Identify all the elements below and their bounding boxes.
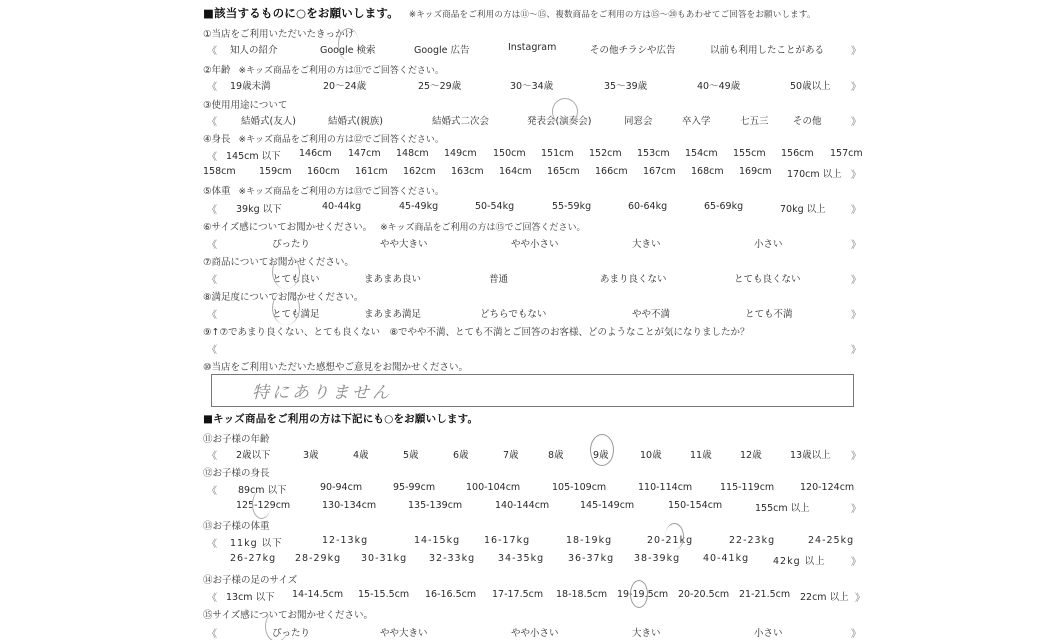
q14-option[interactable]: 14-14.5cm [292,589,343,600]
q8-option[interactable]: とても満足 [272,306,320,320]
q2-title: ②年齢 [203,65,231,76]
q11-option[interactable]: 10歳 [640,447,662,461]
close-bracket: 》 [851,553,862,568]
section-heading: ■該当するものに○をお願いします。※キッズ商品をご利用の方は⑪〜⑮、複数商品をご… [203,5,816,21]
q8-label: ⑧満足度についてお聞かせください。 [203,289,363,303]
q2-option[interactable]: 35〜39歳 [604,78,647,92]
q6-label: ⑥サイズ感についてお聞かせください。※キッズ商品をご利用の方は⑮でご回答ください… [203,219,585,233]
q2-option[interactable]: 40〜49歳 [697,78,740,92]
q13-option[interactable]: 12-13kg [322,535,368,546]
q6-title: ⑥サイズ感についてお聞かせください。 [203,222,372,233]
q4-option[interactable]: 145cm 以下 [226,148,281,162]
q4-option[interactable]: 166cm [595,166,628,177]
q6-option[interactable]: やや大きい [380,236,428,250]
open-bracket: 《 [207,148,217,163]
q10-handwritten-answer: 特にありません [252,378,392,403]
q6-option[interactable]: ぴったり [272,236,310,250]
q7-option[interactable]: とても良い [272,271,320,285]
q4-option[interactable]: 149cm [444,148,477,159]
q2-label: ②年齢※キッズ商品をご利用の方は⑪でご回答ください。 [203,62,444,76]
q5-option[interactable]: 70kg 以上 [780,201,826,215]
q4-option[interactable]: 151cm [541,148,574,159]
q15-option[interactable]: やや小さい [511,625,559,639]
q14-option[interactable]: 15-15.5cm [358,589,409,600]
kids-section-title: ■キッズ商品をご利用の方は下記にも○をお願いします。 [203,411,478,426]
q4-option[interactable]: 162cm [403,166,436,177]
q12-option[interactable]: 155cm 以上 [755,500,810,514]
q15-option[interactable]: ぴったり [272,625,310,639]
close-bracket: 》 [851,236,861,251]
q1-option[interactable]: 以前も利用したことがある [710,42,824,56]
open-bracket: 《 [207,201,217,216]
close-bracket: 》 [851,306,861,321]
close-bracket: 》 [851,625,861,640]
q13-option[interactable]: 32-33kg [429,553,475,564]
q5-option[interactable]: 60-64kg [628,201,667,212]
q4-option[interactable]: 154cm [685,148,718,159]
q4-option[interactable]: 147cm [348,148,381,159]
q6-option[interactable]: 大きい [632,236,661,250]
q4-option[interactable]: 152cm [589,148,622,159]
q8-option[interactable]: どちらでもない [480,306,546,320]
q8-option[interactable]: やや不満 [632,306,670,320]
q12-option[interactable]: 90-94cm [320,482,362,493]
q12-option[interactable]: 125-129cm [236,500,290,511]
q4-option[interactable]: 158cm [203,166,236,177]
q4-title: ④身長 [203,134,231,145]
q14-option[interactable]: 13cm 以下 [226,589,275,603]
q13-option[interactable]: 24-25kg [808,535,854,546]
q13-option[interactable]: 18-19kg [566,535,612,546]
q13-option[interactable]: 36-37kg [568,553,614,564]
q4-option[interactable]: 153cm [637,148,670,159]
close-bracket: 》 [851,113,861,128]
q4-option[interactable]: 170cm 以上 [787,166,842,180]
q2-option[interactable]: 19歳未満 [230,78,271,92]
q4-option[interactable]: 167cm [643,166,676,177]
close-bracket: 》 [851,201,861,216]
q13-option[interactable]: 30-31kg [361,553,407,564]
q11-option[interactable]: 12歳 [740,447,762,461]
q13-option[interactable]: 34-35kg [498,553,544,564]
open-bracket: 《 [207,535,218,550]
q12-label: ⑫お子様の身長 [203,465,270,479]
q7-option[interactable]: あまり良くない [600,271,667,285]
open-bracket: 《 [207,625,217,640]
close-bracket: 》 [851,500,861,515]
q1-option[interactable]: Instagram [508,42,556,53]
q6-option[interactable]: やや小さい [511,236,559,250]
q11-option[interactable]: 2歳以下 [236,447,271,461]
q7-label: ⑦商品についてお聞かせください。 [203,254,354,268]
q14-option[interactable]: 22cm 以上 [800,589,849,603]
q10-answer-box[interactable]: 特にありません [211,374,854,407]
q5-option[interactable]: 45-49kg [399,201,438,212]
q12-option[interactable]: 150-154cm [668,500,722,511]
q14-option[interactable]: 18-18.5cm [556,589,607,600]
q13-option[interactable]: 14-15kg [414,535,460,546]
q12-option[interactable]: 100-104cm [466,482,520,493]
q11-option[interactable]: 4歳 [353,447,369,461]
q11-option[interactable]: 9歳 [593,447,609,461]
section-note: ※キッズ商品をご利用の方は⑪〜⑮、複数商品をご利用の方は⑮〜⑳もあわせてご回答を… [409,10,816,20]
close-bracket: 》 [851,42,861,57]
q7-option[interactable]: 普通 [489,271,508,285]
q11-option[interactable]: 7歳 [503,447,519,461]
q13-option[interactable]: 40-41kg [703,553,749,564]
q5-option[interactable]: 40-44kg [322,201,361,212]
q4-option[interactable]: 168cm [691,166,724,177]
q4-option[interactable]: 165cm [547,166,580,177]
q14-option[interactable]: 17-17.5cm [492,589,543,600]
q8-option[interactable]: とても不満 [745,306,793,320]
q3-option[interactable]: 同窓会 [624,113,653,127]
q1-option[interactable]: その他チラシや広告 [590,42,676,56]
q5-label: ⑤体重※キッズ商品をご利用の方は⑬でご回答ください。 [203,183,444,197]
q13-option[interactable]: 11kg 以下 [230,535,283,549]
q4-option[interactable]: 148cm [396,148,429,159]
q14-option[interactable]: 19-19.5cm [617,589,668,600]
q12-option[interactable]: 110-114cm [638,482,692,493]
open-bracket: 《 [207,447,217,462]
q3-option[interactable]: 七五三 [740,113,769,127]
q1-option[interactable]: Google 広告 [414,42,470,56]
q12-option[interactable]: 105-109cm [552,482,606,493]
q1-option[interactable]: 知人の紹介 [230,42,278,56]
q2-option[interactable]: 30〜34歳 [510,78,553,92]
open-bracket: 《 [207,482,217,497]
q3-option[interactable]: 結婚式(友人) [241,113,296,127]
q3-option[interactable]: 結婚式二次会 [432,113,489,127]
close-bracket: 》 [851,341,861,356]
q4-option[interactable]: 163cm [451,166,484,177]
q11-option[interactable]: 6歳 [453,447,469,461]
q5-title: ⑤体重 [203,186,231,197]
q1-option[interactable]: Google 検索 [320,42,376,56]
q10-label: ⑩当店をご利用いただいた感想やご意見をお聞かせください。 [203,359,468,373]
q12-option[interactable]: 145-149cm [580,500,634,511]
q14-option[interactable]: 16-16.5cm [425,589,476,600]
q14-option[interactable]: 21-21.5cm [739,589,790,600]
q11-option[interactable]: 13歳以上 [790,447,831,461]
q1-label: ①当店をご利用いただいたきっかけ [203,26,354,40]
q15-option[interactable]: やや大きい [380,625,428,639]
q2-option[interactable]: 50歳以上 [790,78,831,92]
q6-note: ※キッズ商品をご利用の方は⑮でご回答ください。 [380,223,585,233]
q3-option[interactable]: 結婚式(親族) [328,113,383,127]
q4-option[interactable]: 156cm [781,148,814,159]
q4-option[interactable]: 169cm [739,166,772,177]
open-bracket: 《 [207,78,217,93]
open-bracket: 《 [207,113,217,128]
open-bracket: 《 [207,271,217,286]
q13-option[interactable]: 42kg 以上 [773,553,826,567]
q14-option[interactable]: 20-20.5cm [678,589,729,600]
q4-option[interactable]: 160cm [307,166,340,177]
close-bracket: 》 [851,271,861,286]
q4-option[interactable]: 157cm [830,148,863,159]
q4-label: ④身長※キッズ商品をご利用の方は⑫でご回答ください。 [203,131,444,145]
close-bracket: 》 [851,78,861,93]
q11-label: ⑪お子様の年齢 [203,431,270,445]
q13-label: ⑬お子様の体重 [203,518,270,532]
section-title: ■該当するものに○をお願いします。 [203,6,399,20]
q2-note: ※キッズ商品をご利用の方は⑪でご回答ください。 [239,66,444,76]
q12-option[interactable]: 115-119cm [720,482,774,493]
survey-form-page: ■該当するものに○をお願いします。※キッズ商品をご利用の方は⑪〜⑮、複数商品をご… [0,0,1060,640]
close-bracket: 》 [851,447,861,462]
q12-option[interactable]: 135-139cm [408,500,462,511]
q12-option[interactable]: 140-144cm [495,500,549,511]
q12-option[interactable]: 89cm 以下 [238,482,287,496]
q11-option[interactable]: 11歳 [690,447,712,461]
q7-option[interactable]: まあまあ良い [364,271,421,285]
q2-option[interactable]: 20〜24歳 [323,78,366,92]
q3-option[interactable]: 発表会(演奏会) [527,113,591,127]
q9-answer-field[interactable] [230,341,830,353]
q13-option[interactable]: 20-21kg [647,535,693,546]
q7-option[interactable]: とても良くない [734,271,801,285]
q11-option[interactable]: 5歳 [403,447,419,461]
q4-option[interactable]: 150cm [493,148,526,159]
q15-option[interactable]: 大きい [632,625,661,639]
q13-option[interactable]: 28-29kg [295,553,341,564]
q4-option[interactable]: 164cm [499,166,532,177]
q15-option[interactable]: 小さい [754,625,783,639]
q12-option[interactable]: 95-99cm [393,482,435,493]
q13-option[interactable]: 38-39kg [634,553,680,564]
q5-option[interactable]: 65-69kg [704,201,743,212]
q4-option[interactable]: 155cm [733,148,766,159]
close-bracket: 》 [851,166,861,181]
open-bracket: 《 [207,236,217,251]
open-bracket: 《 [207,42,217,57]
q4-option[interactable]: 159cm [259,166,292,177]
close-bracket: 》 [855,589,865,604]
q4-note: ※キッズ商品をご利用の方は⑫でご回答ください。 [239,135,444,145]
q3-option[interactable]: 卒入学 [682,113,711,127]
q4-option[interactable]: 146cm [299,148,332,159]
q3-option[interactable]: その他 [793,113,822,127]
q4-option[interactable]: 161cm [355,166,388,177]
q5-option[interactable]: 39kg 以下 [236,201,282,215]
q6-option[interactable]: 小さい [754,236,783,250]
q8-option[interactable]: まあまあ満足 [364,306,421,320]
q5-option[interactable]: 55-59kg [552,201,591,212]
q11-option[interactable]: 8歳 [548,447,564,461]
open-bracket: 《 [207,306,217,321]
q13-option[interactable]: 22-23kg [729,535,775,546]
q12-option[interactable]: 120-124cm [800,482,854,493]
open-bracket: 《 [207,589,217,604]
q5-note: ※キッズ商品をご利用の方は⑬でご回答ください。 [239,187,444,197]
q11-option[interactable]: 3歳 [303,447,319,461]
q13-option[interactable]: 26-27kg [230,553,276,564]
q2-option[interactable]: 25〜29歳 [418,78,461,92]
q15-label: ⑮サイズ感についてお聞かせください。 [203,607,373,621]
q5-option[interactable]: 50-54kg [475,201,514,212]
q13-option[interactable]: 16-17kg [484,535,530,546]
q14-label: ⑭お子様の足のサイズ [203,572,297,586]
q9-label: ⑨↑⑦であまり良くない、とても良くない ⑧でやや不満、とても不満とご回答のお客様… [203,324,750,338]
open-bracket: 《 [207,341,217,356]
q3-label: ③使用用途について [203,97,287,111]
q12-option[interactable]: 130-134cm [322,500,376,511]
